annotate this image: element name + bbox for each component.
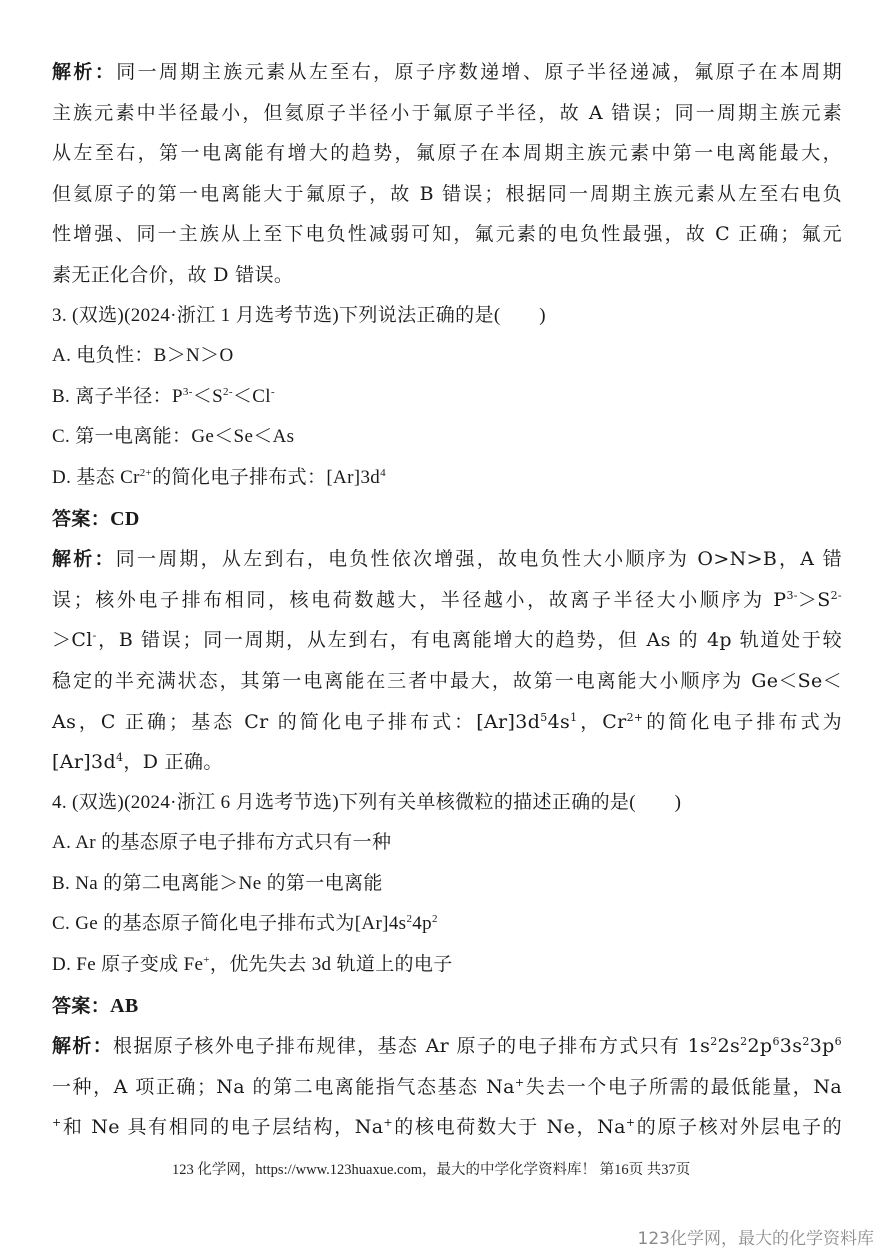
question-3-option-b: B. 离子半径：P3-＜S2-＜Cl- — [52, 377, 842, 418]
watermark: 123化学网，最大的化学资料库 — [638, 1224, 874, 1249]
superscript: + — [515, 1076, 525, 1089]
analysis-text: ，B 错误；同一周期，从左到右，有电离能增大的趋势，但 As 的 4p 轨道处于… — [97, 629, 842, 651]
answer-label: 答案： — [52, 995, 110, 1017]
analysis-text: 一种，A 项正确；Na 的第二电离能指气态基态 Na — [52, 1076, 515, 1098]
analysis-line: 但氦原子的第一电离能大于氟原子，故 B 错误；根据同一周期主族元素从左至右电负 — [52, 174, 842, 215]
superscript: 2- — [831, 589, 842, 602]
question-3-option-a: A. 电负性：B＞N＞O — [52, 336, 842, 377]
superscript: 2+ — [627, 711, 644, 724]
superscript: 3- — [786, 589, 797, 602]
analysis-text: 的原子核对外层电子的 — [635, 1116, 842, 1138]
superscript: 3- — [183, 386, 193, 398]
answer-label: 答案： — [52, 508, 110, 530]
analysis-text: 根据原子核外电子排布规律，基态 Ar 原子的电子排布方式只有 1s — [113, 1035, 710, 1057]
question-4-option-d: D. Fe 原子变成 Fe+，优先失去 3d 轨道上的电子 — [52, 945, 842, 986]
analysis-text: ，Cr — [577, 711, 626, 733]
analysis-line: 素无正化合价，故 D 错误。 — [52, 255, 842, 296]
superscript: + — [52, 1116, 62, 1129]
superscript: + — [626, 1116, 636, 1129]
analysis-label: 解析： — [52, 1035, 113, 1057]
analysis-text: 和 Ne 具有相同的电子层结构，Na — [62, 1116, 384, 1138]
question-4-option-a: A. Ar 的基态原子电子排布方式只有一种 — [52, 823, 842, 864]
option-text: ，优先失去 3d 轨道上的电子 — [210, 954, 453, 975]
question-4-answer: 答案：AB — [52, 986, 842, 1027]
analysis-text: ，D 正确。 — [123, 751, 222, 773]
analysis-text: 的核电荷数大于 Ne，Na — [393, 1116, 626, 1138]
option-text: D. Fe 原子变成 Fe — [52, 954, 203, 975]
option-text: B. 离子半径：P — [52, 386, 183, 407]
question-3-analysis-line: 误；核外电子排布相同，核电荷数越大，半径越小，故离子半径大小顺序为 P3-＞S2… — [52, 580, 842, 621]
analysis-text: As，C 正确；基态 Cr 的简化电子排布式：[Ar]3d — [52, 711, 540, 733]
answer-value: CD — [110, 508, 140, 530]
analysis-line: 解析：同一周期主族元素从左至右，原子序数递增、原子半径递减，氟原子在本周期 — [52, 52, 842, 93]
analysis-text: [Ar]3d — [52, 751, 116, 773]
analysis-text: 同一周期主族元素从左至右，原子序数递增、原子半径递减，氟原子在本周期 — [116, 61, 842, 83]
analysis-line: 从左至右，第一电离能有增大的趋势，氟原子在本周期主族元素中第一电离能最大， — [52, 133, 842, 174]
option-text: C. Ge 的基态原子简化电子排布式为[Ar]4s — [52, 913, 406, 934]
analysis-line: 性增强、同一主族从上至下电负性减弱可知，氟元素的电负性最强，故 C 正确；氟元 — [52, 214, 842, 255]
analysis-text: 2s — [718, 1035, 741, 1057]
question-3-analysis-line: [Ar]3d4，D 正确。 — [52, 742, 842, 783]
analysis-text: 失去一个电子所需的最低能量，Na — [524, 1076, 842, 1098]
superscript: 2- — [223, 386, 233, 398]
option-text: ＜S — [193, 386, 223, 407]
analysis-text: 2p — [747, 1035, 772, 1057]
question-4-option-b: B. Na 的第二电离能＞Ne 的第一电离能 — [52, 864, 842, 905]
question-3-stem: 3. (双选)(2024·浙江 1 月选考节选)下列说法正确的是( ) — [52, 296, 842, 337]
analysis-text: 3p — [810, 1035, 835, 1057]
question-4-stem: 4. (双选)(2024·浙江 6 月选考节选)下列有关单核微粒的描述正确的是(… — [52, 783, 842, 824]
answer-value: AB — [110, 995, 138, 1017]
question-3-analysis-line: 稳定的半充满状态，其第一电离能在三者中最大，故第一电离能大小顺序为 Ge＜Se＜ — [52, 661, 842, 702]
analysis-text: ＞S — [798, 589, 831, 611]
superscript: 4 — [380, 467, 386, 479]
question-3-analysis-line: As，C 正确；基态 Cr 的简化电子排布式：[Ar]3d54s1，Cr2+的简… — [52, 702, 842, 743]
question-3-option-d: D. 基态 Cr2+的简化电子排布式：[Ar]3d4 — [52, 458, 842, 499]
document-page: 解析：同一周期主族元素从左至右，原子序数递增、原子半径递减，氟原子在本周期 主族… — [52, 52, 842, 1148]
question-3-answer: 答案：CD — [52, 499, 842, 540]
superscript: 6 — [772, 1035, 779, 1048]
question-4-analysis-line: 一种，A 项正确；Na 的第二电离能指气态基态 Na+失去一个电子所需的最低能量… — [52, 1067, 842, 1108]
page-footer: 123 化学网，https://www.123huaxue.com，最大的中学化… — [172, 1158, 690, 1179]
superscript: 5 — [540, 711, 547, 724]
question-3-analysis-line: ＞Cl-，B 错误；同一周期，从左到右，有电离能增大的趋势，但 As 的 4p … — [52, 620, 842, 661]
analysis-label: 解析： — [52, 61, 116, 83]
question-4-option-c: C. Ge 的基态原子简化电子排布式为[Ar]4s24p2 — [52, 904, 842, 945]
superscript: 2 — [802, 1035, 809, 1048]
question-3-option-c: C. 第一电离能：Ge＜Se＜As — [52, 417, 842, 458]
analysis-label: 解析： — [52, 548, 116, 570]
analysis-text: 同一周期，从左到右，电负性依次增强，故电负性大小顺序为 O>N>B，A 错 — [116, 548, 842, 570]
option-text: 的简化电子排布式：[Ar]3d — [152, 467, 380, 488]
analysis-text: 4s — [548, 711, 571, 733]
question-3-analysis-line: 解析：同一周期，从左到右，电负性依次增强，故电负性大小顺序为 O>N>B，A 错 — [52, 539, 842, 580]
option-text: ＜Cl — [233, 386, 271, 407]
superscript: 2 — [432, 913, 438, 925]
analysis-text: ＞Cl — [52, 629, 93, 651]
analysis-text: 3s — [780, 1035, 803, 1057]
analysis-text: 的简化电子排布式为 — [644, 711, 843, 733]
superscript: 2+ — [140, 467, 152, 479]
question-4-analysis-line: 解析：根据原子核外电子排布规律，基态 Ar 原子的电子排布方式只有 1s22s2… — [52, 1026, 842, 1067]
superscript: + — [383, 1116, 393, 1129]
superscript: - — [271, 386, 275, 398]
question-4-analysis-line: +和 Ne 具有相同的电子层结构，Na+的核电荷数大于 Ne，Na+的原子核对外… — [52, 1107, 842, 1148]
analysis-text: 误；核外电子排布相同，核电荷数越大，半径越小，故离子半径大小顺序为 P — [52, 589, 786, 611]
superscript: 2 — [710, 1035, 717, 1048]
analysis-line: 主族元素中半径最小，但氦原子半径小于氟原子半径，故 A 错误；同一周期主族元素 — [52, 93, 842, 134]
option-text: 4p — [412, 913, 432, 934]
option-text: D. 基态 Cr — [52, 467, 140, 488]
superscript: 6 — [835, 1035, 842, 1048]
